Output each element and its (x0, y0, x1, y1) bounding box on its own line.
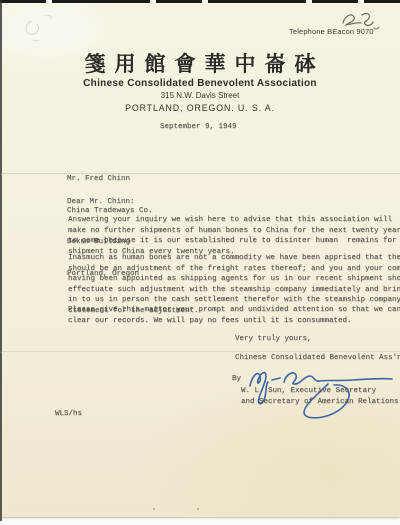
street-address: 315 N.W. Davis Street (0, 91, 400, 100)
paper-speck (153, 508, 155, 510)
salutation: Dear Mr. Chinn: (67, 197, 135, 208)
fold-line-upper (1, 173, 400, 175)
pencil-scribble-faint (22, 10, 68, 46)
signer-name-title: W. L. Sun, Executive Secretary (241, 386, 376, 397)
city-state-line: PORTLAND, OREGON. U. S. A. (0, 103, 400, 113)
body-paragraph-1: Answering your inquiry we wish here to a… (68, 215, 400, 257)
reference-initials: WLS/hs (55, 409, 82, 420)
chinese-org-title: 箋用館會華中崙砵 (0, 48, 400, 78)
scan-top-edge (0, 0, 400, 3)
telephone-line: Telephone BEacon 9070 (289, 27, 374, 36)
scanned-letter-page: Telephone BEacon 9070 箋用館會華中崙砵 Chinese C… (0, 0, 400, 525)
org-name: Chinese Consolidated Benevolent Associat… (0, 78, 400, 89)
body-paragraph-3: Please give this matter your prompt and … (68, 305, 400, 326)
paper-speck (197, 508, 199, 510)
signer-secondary-title: and Secretary of American Relations (241, 397, 399, 408)
date-line: September 9, 1949 (160, 122, 237, 133)
valediction: Very truly yours, (235, 334, 312, 345)
recipient-name: Mr. Fred Chinn (67, 174, 153, 185)
